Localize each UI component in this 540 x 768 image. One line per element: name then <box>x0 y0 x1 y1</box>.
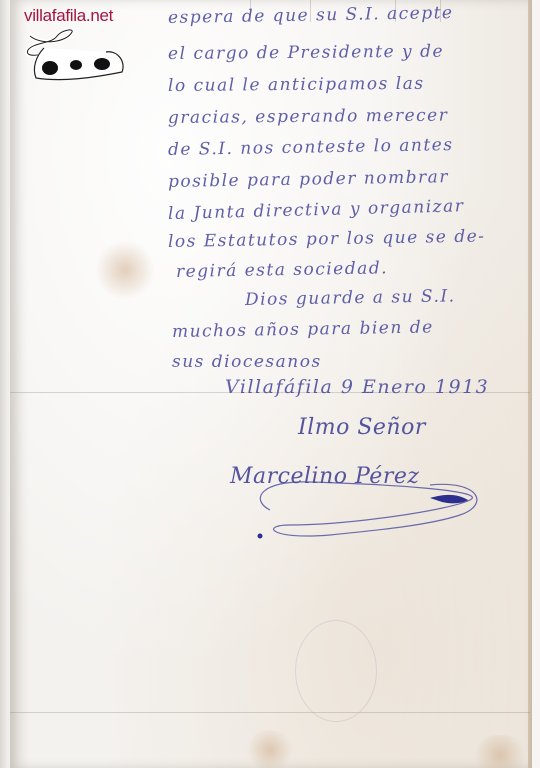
letter-line: gracias, esperando merecer <box>168 106 448 128</box>
stain <box>245 730 295 768</box>
stylized-signature-logo-icon <box>22 28 127 86</box>
faded-stamp <box>295 620 377 722</box>
page-edge <box>528 0 532 768</box>
stain <box>470 735 530 768</box>
stain <box>95 240 155 300</box>
salutation: Ilmo Señor <box>298 415 426 440</box>
closing-line: Dios guarde a su S.I. <box>245 286 456 310</box>
signature-flourish-icon <box>230 470 510 550</box>
letter-line: lo cual le anticipamos las <box>168 74 425 96</box>
watermark-logo: villafafila.net <box>22 6 132 86</box>
letter-line: regirá esta sociedad. <box>176 258 388 282</box>
fold-crease <box>10 712 530 713</box>
place-date: Villafáfila 9 Enero 1913 <box>225 376 489 398</box>
closing-line: sus diocesanos <box>172 352 322 372</box>
letter-line: el cargo de Presidente y de <box>168 42 444 64</box>
watermark-site-name: villafafila.net <box>24 6 113 26</box>
